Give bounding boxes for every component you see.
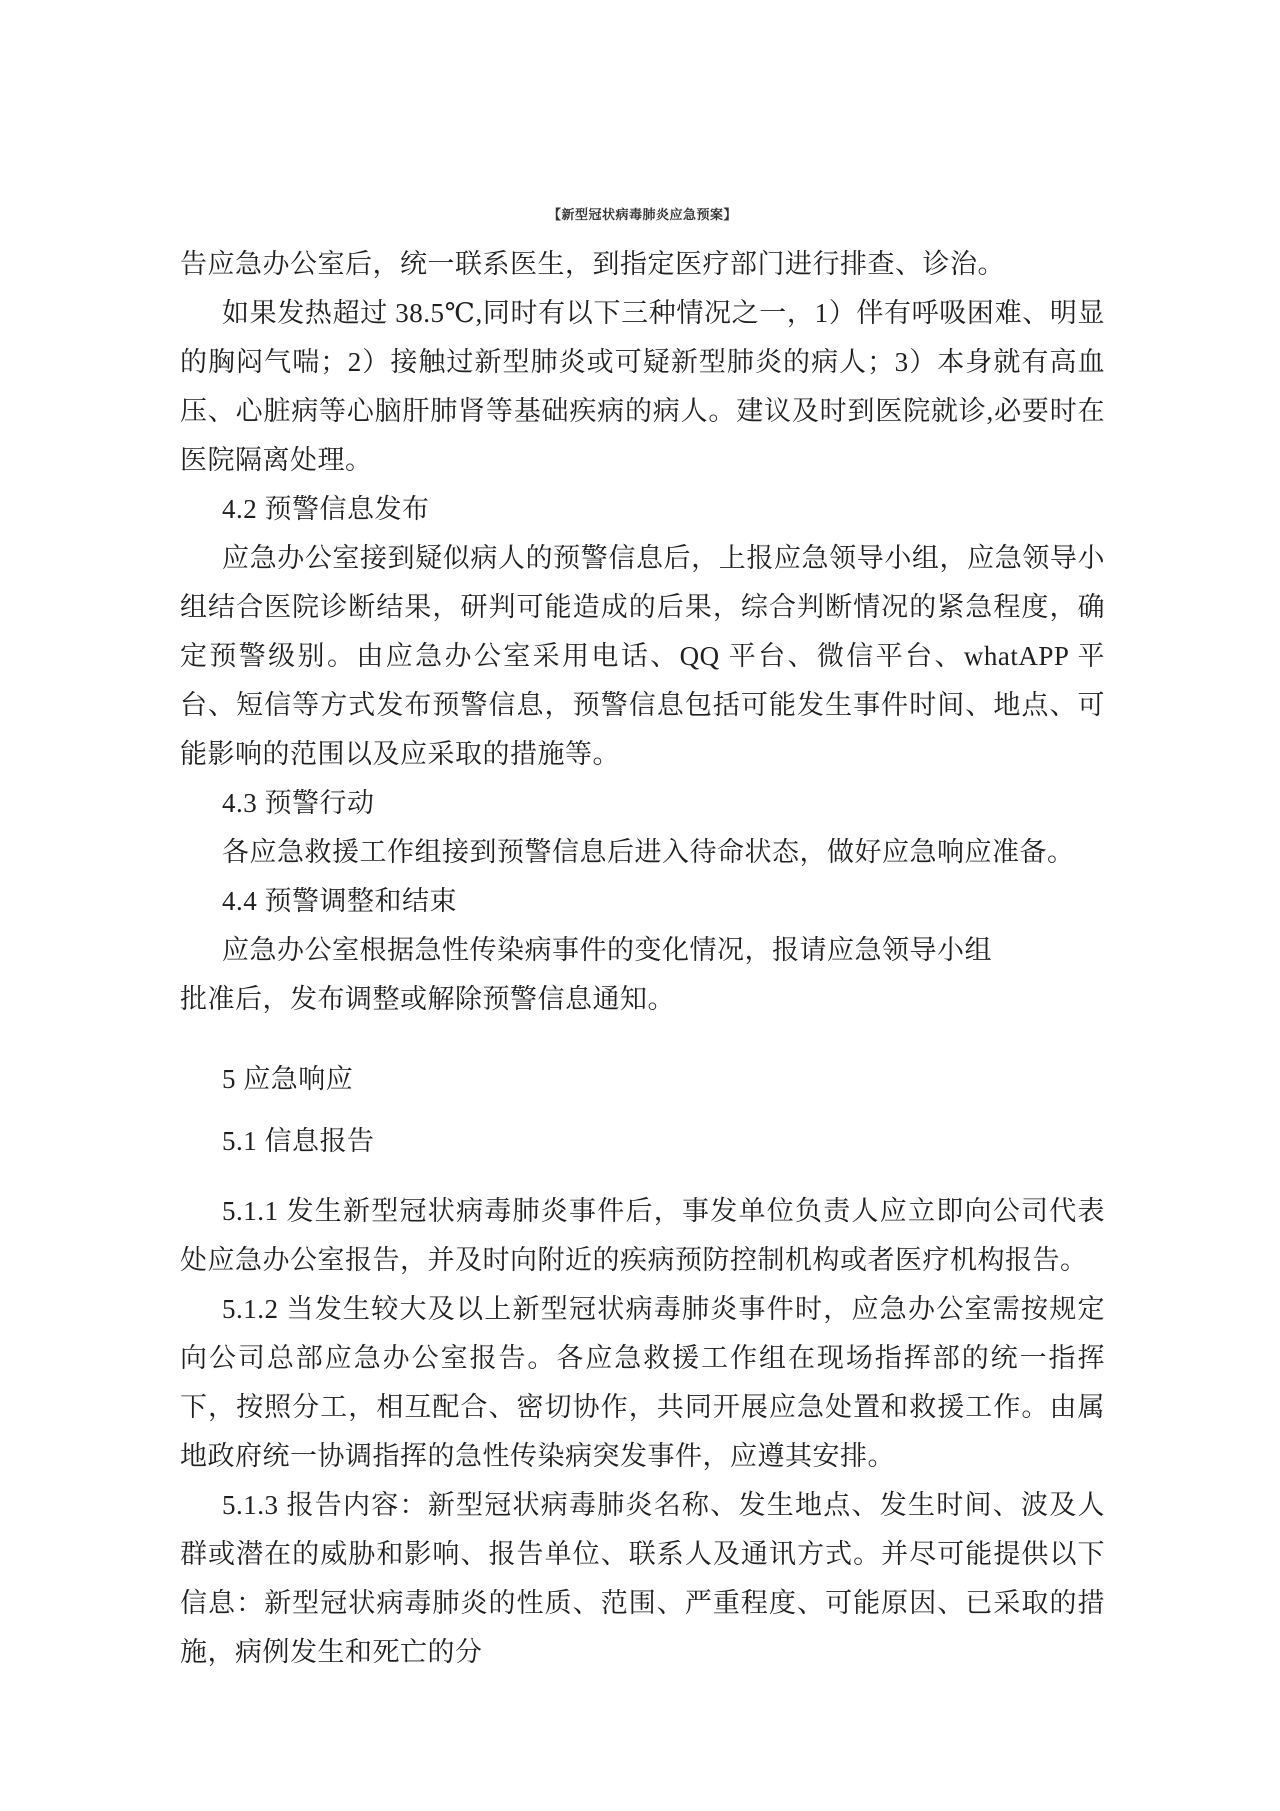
paragraph: 4.4 预警调整和结束 bbox=[180, 877, 1105, 926]
paragraph: 各应急救援工作组接到预警信息后进入待命状态，做好应急响应准备。 bbox=[180, 828, 1105, 877]
document-title: 【新型冠状病毒肺炎应急预案】 bbox=[180, 205, 1105, 224]
paragraph: 4.2 预警信息发布 bbox=[180, 485, 1105, 534]
paragraph: 5.1 信息报告 bbox=[180, 1117, 1105, 1166]
paragraph: 5.1.2 当发生较大及以上新型冠状病毒肺炎事件时，应急办公室需按规定向公司总部… bbox=[180, 1285, 1105, 1481]
paragraph: 应急办公室接到疑似病人的预警信息后，上报应急领导小组，应急领导小组结合医院诊断结… bbox=[180, 534, 1105, 779]
paragraph: 5.1.3 报告内容：新型冠状病毒肺炎名称、发生地点、发生时间、波及人群或潜在的… bbox=[180, 1481, 1105, 1677]
paragraph: 告应急办公室后，统一联系医生，到指定医疗部门进行排查、诊治。 bbox=[180, 240, 1105, 289]
paragraph: 5 应急响应 bbox=[180, 1055, 1105, 1104]
document-body: 告应急办公室后，统一联系医生，到指定医疗部门进行排查、诊治。如果发热超过 38.… bbox=[180, 240, 1105, 1677]
paragraph: 批准后，发布调整或解除预警信息通知。 bbox=[180, 975, 1105, 1024]
blank-line bbox=[180, 1024, 1105, 1055]
paragraph: 4.3 预警行动 bbox=[180, 779, 1105, 828]
paragraph: 5.1.1 发生新型冠状病毒肺炎事件后，事发单位负责人应立即向公司代表处应急办公… bbox=[180, 1187, 1105, 1285]
paragraph: 如果发热超过 38.5℃,同时有以下三种情况之一，1）伴有呼吸困难、明显的胸闷气… bbox=[180, 289, 1105, 485]
paragraph: 应急办公室根据急性传染病事件的变化情况，报请应急领导小组 bbox=[180, 926, 1105, 975]
document-page: 【新型冠状病毒肺炎应急预案】 告应急办公室后，统一联系医生，到指定医疗部门进行排… bbox=[0, 0, 1280, 1811]
